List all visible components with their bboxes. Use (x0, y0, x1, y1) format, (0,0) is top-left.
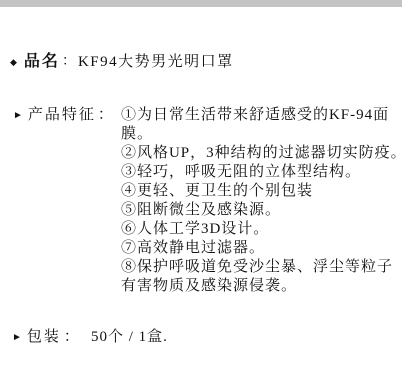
feature-item: ①为日常生活带来舒适感受的KF-94面膜。 (121, 106, 402, 144)
feature-item: ③轻巧，呼吸无阻的立体型结构。 (121, 163, 402, 182)
product-packaging-label: 包装 (27, 328, 61, 347)
diamond-bullet-icon: ◆ (10, 53, 17, 71)
product-name-label: 品名 (24, 53, 60, 71)
product-features-label: 产品特征 (28, 106, 96, 125)
product-features-separator: ： (98, 106, 113, 125)
features-list: ①为日常生活带来舒适感受的KF-94面膜。②风格UP，3种结构的过滤器切实防疫。… (121, 106, 402, 296)
product-packaging-value: 50个 / 1盒. (91, 328, 168, 347)
product-name-separator: ： (62, 53, 76, 71)
feature-item: ⑤阻断微尘及感染源。 (121, 201, 402, 220)
feature-item: ⑦高效静电过滤器。 (121, 239, 402, 258)
triangle-bullet-icon: ► (12, 328, 22, 347)
feature-item: ④更轻、更卫生的个别包装 (121, 182, 402, 201)
triangle-bullet-icon: ► (13, 106, 23, 125)
product-description-page: ◆ 品名 ： KF94大势男光明口罩 ► 产品特征 ： ①为日常生活带来舒适感受… (0, 0, 402, 392)
product-features-row: ► 产品特征 ： ①为日常生活带来舒适感受的KF-94面膜。②风格UP，3种结构… (13, 106, 402, 296)
product-packaging-separator: ： (64, 328, 79, 347)
feature-item: ②风格UP，3种结构的过滤器切实防疫。 (121, 144, 402, 163)
product-name-row: ◆ 品名 ： KF94大势男光明口罩 (10, 53, 234, 71)
product-packaging-row: ► 包装 ： 50个 / 1盒. (12, 328, 168, 347)
product-name-value: KF94大势男光明口罩 (78, 53, 234, 71)
top-divider-bar (0, 0, 402, 7)
feature-item: ⑧保护呼吸道免受沙尘暴、浮尘等粒子有害物质及感染源侵袭。 (121, 258, 402, 296)
feature-item: ⑥人体工学3D设计。 (121, 220, 402, 239)
